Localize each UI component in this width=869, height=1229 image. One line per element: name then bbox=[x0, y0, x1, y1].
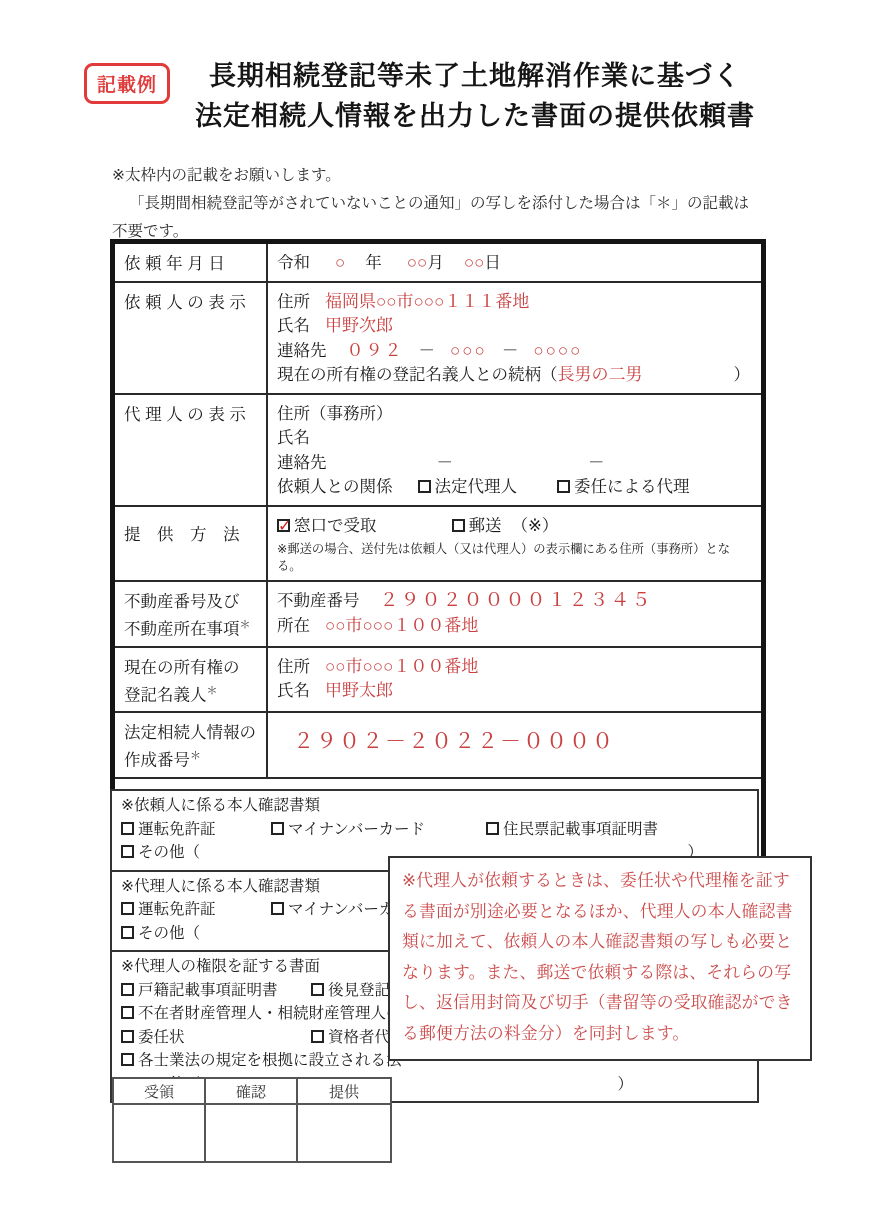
row-method: 提 供 方 法 窓口で受取郵送（※） ※郵送の場合、送付先は依頼人（又は代理人）… bbox=[115, 505, 761, 581]
year-unit: 年 bbox=[365, 254, 382, 272]
requester-other-label: その他（ bbox=[138, 844, 200, 861]
requester-license-label: 運転免許証 bbox=[138, 821, 216, 838]
requester-relation-label: 現在の所有権の登記名義人との続柄（ bbox=[277, 363, 558, 388]
professional-corp-label: 各士業法の規定を根拠に設立される法 bbox=[138, 1052, 402, 1069]
requester-mynumber-label: マイナンバーカード bbox=[288, 821, 425, 838]
mail-checkbox[interactable] bbox=[452, 519, 465, 532]
agent-request-callout: ※代理人が依頼するときは、委任状や代理権を証する書面が別途必要となるほか、代理人… bbox=[388, 856, 812, 1061]
page-title-line2: 法定相続人情報を出力した書面の提供依頼書 bbox=[165, 96, 785, 136]
agent-mynumber-checkbox[interactable] bbox=[271, 902, 284, 915]
agent-license-label: 運転免許証 bbox=[138, 901, 216, 918]
requester-tel-part3: ○○○○ bbox=[533, 341, 582, 360]
requester-name-label: 氏名 bbox=[277, 317, 310, 335]
property-label: 不動産番号及び 不動産所在事項＊ bbox=[115, 582, 268, 646]
agent-relation-label: 依頼人との関係 bbox=[277, 478, 393, 496]
professional-corp-checkbox[interactable] bbox=[121, 1053, 134, 1066]
requester-residence-label: 住民票記載事項証明書 bbox=[503, 821, 658, 838]
delegated-agent-checkbox[interactable] bbox=[557, 480, 570, 493]
owner-label-line2: 登記名義人 bbox=[124, 686, 207, 704]
pickup-label: 窓口で受取 bbox=[294, 517, 377, 535]
owner-addr-value: ○○市○○○１００番地 bbox=[325, 657, 478, 676]
mail-label: 郵送 bbox=[469, 517, 502, 535]
requester-tel-part1: ０９２ bbox=[347, 341, 404, 360]
power-of-attorney-label: 委任状 bbox=[138, 1029, 185, 1046]
agent-license-checkbox[interactable] bbox=[121, 902, 134, 915]
legal-agent-checkbox[interactable] bbox=[418, 480, 431, 493]
property-label-line1: 不動産番号及び bbox=[124, 591, 262, 614]
requester-addr-label: 住所 bbox=[277, 293, 310, 311]
heir-info-asterisk: ＊ bbox=[190, 750, 201, 762]
heir-info-label: 法定相続人情報の 作成番号＊ bbox=[115, 713, 268, 777]
requester-id-title: ※依頼人に係る本人確認書類 bbox=[121, 794, 748, 818]
property-number-label: 不動産番号 bbox=[277, 592, 360, 610]
method-label: 提 供 方 法 bbox=[115, 507, 268, 581]
requester-name-value: 甲野次郎 bbox=[325, 316, 393, 335]
month-unit: 月 bbox=[427, 254, 444, 272]
example-badge: 記載例 bbox=[84, 63, 170, 104]
agent-name-label: 氏名 bbox=[277, 426, 752, 451]
authority-other-close: ） bbox=[617, 1073, 748, 1097]
method-content: 窓口で受取郵送（※） ※郵送の場合、送付先は依頼人（又は代理人）の表示欄にある住… bbox=[268, 507, 761, 581]
property-content: 不動産番号２９０２００００１２３４５ 所在○○市○○○１００番地 bbox=[268, 582, 761, 646]
heir-info-content: ２９０２－２０２２－００００ bbox=[268, 713, 761, 777]
tel-dash1: － bbox=[419, 342, 436, 360]
month-value: ○○ bbox=[407, 253, 428, 272]
heir-info-label-line1: 法定相続人情報の bbox=[124, 722, 262, 745]
heir-info-label-line2: 作成番号 bbox=[124, 752, 190, 770]
absentee-manager-checkbox[interactable] bbox=[121, 1006, 134, 1019]
qualified-agent-checkbox[interactable] bbox=[311, 1030, 324, 1043]
requester-addr-value: 福岡県○○市○○○１１１番地 bbox=[325, 292, 529, 311]
request-date-label: 依 頼 年 月 日 bbox=[115, 244, 268, 281]
requester-relation-close: ） bbox=[734, 363, 753, 388]
row-requester: 依 頼 人 の 表 示 住所福岡県○○市○○○１１１番地 氏名甲野次郎 連絡先０… bbox=[115, 281, 761, 393]
owner-name-value: 甲野太郎 bbox=[325, 681, 393, 700]
row-property: 不動産番号及び 不動産所在事項＊ 不動産番号２９０２００００１２３４５ 所在○○… bbox=[115, 580, 761, 646]
main-form-table: 依 頼 年 月 日 令和○年○○月○○日 依 頼 人 の 表 示 住所福岡県○○… bbox=[110, 239, 766, 877]
owner-content: 住所○○市○○○１００番地 氏名甲野太郎 bbox=[268, 648, 761, 712]
property-location-value: ○○市○○○１００番地 bbox=[325, 616, 478, 635]
mail-note-mark: （※） bbox=[512, 517, 559, 535]
legal-agent-label: 法定代理人 bbox=[435, 478, 518, 496]
family-register-label: 戸籍記載事項証明書 bbox=[138, 982, 278, 999]
day-unit: 日 bbox=[484, 254, 501, 272]
stamp-cell-receipt bbox=[114, 1105, 206, 1161]
row-request-date: 依 頼 年 月 日 令和○年○○月○○日 bbox=[115, 244, 761, 281]
owner-name-label: 氏名 bbox=[277, 682, 310, 700]
guardianship-checkbox[interactable] bbox=[311, 983, 324, 996]
requester-mynumber-checkbox[interactable] bbox=[271, 822, 284, 835]
stamp-cell-provide bbox=[298, 1105, 390, 1161]
property-location-label: 所在 bbox=[277, 617, 310, 635]
heir-info-number-value: ２９０２－２０２２－００００ bbox=[277, 720, 752, 755]
day-value: ○○ bbox=[464, 253, 485, 272]
agent-other-label: その他（ bbox=[138, 925, 200, 942]
requester-tel-label: 連絡先 bbox=[277, 342, 327, 360]
agent-tel-dash1: － bbox=[437, 454, 454, 472]
tel-dash2: － bbox=[502, 342, 519, 360]
method-footnote: ※郵送の場合、送付先は依頼人（又は代理人）の表示欄にある住所（事務所）となる。 bbox=[277, 541, 752, 575]
page-title-line1: 長期相続登記等未了土地解消作業に基づく bbox=[165, 56, 785, 96]
property-number-value: ２９０２００００１２３４５ bbox=[380, 590, 653, 611]
owner-addr-label: 住所 bbox=[277, 658, 310, 676]
row-agent: 代 理 人 の 表 示 住所（事務所） 氏名 連絡先－－ 依頼人との関係法定代理… bbox=[115, 393, 761, 505]
stamp-header-receipt: 受領 bbox=[114, 1079, 206, 1105]
stamp-header-confirm: 確認 bbox=[206, 1079, 298, 1105]
requester-label: 依 頼 人 の 表 示 bbox=[115, 283, 268, 393]
row-owner: 現在の所有権の 登記名義人＊ 住所○○市○○○１００番地 氏名甲野太郎 bbox=[115, 646, 761, 712]
agent-tel-dash2: － bbox=[588, 454, 605, 472]
row-heir-info: 法定相続人情報の 作成番号＊ ２９０２－２０２２－００００ bbox=[115, 711, 761, 777]
requester-tel-part2: ○○○ bbox=[450, 341, 487, 360]
stamp-table: 受領 確認 提供 bbox=[112, 1077, 392, 1163]
requester-license-checkbox[interactable] bbox=[121, 822, 134, 835]
requester-content: 住所福岡県○○市○○○１１１番地 氏名甲野次郎 連絡先０９２－○○○－○○○○ … bbox=[268, 283, 761, 393]
agent-other-checkbox[interactable] bbox=[121, 926, 134, 939]
form-page: 記載例 長期相続登記等未了土地解消作業に基づく 法定相続人情報を出力した書面の提… bbox=[0, 0, 869, 1229]
agent-content: 住所（事務所） 氏名 連絡先－－ 依頼人との関係法定代理人委任による代理 bbox=[268, 395, 761, 505]
property-asterisk: ＊ bbox=[240, 619, 251, 631]
agent-tel-label: 連絡先 bbox=[277, 454, 327, 472]
pickup-checkbox-checked[interactable] bbox=[277, 519, 290, 532]
owner-label-line1: 現在の所有権の bbox=[124, 657, 262, 680]
year-value: ○ bbox=[335, 253, 345, 272]
power-of-attorney-checkbox[interactable] bbox=[121, 1030, 134, 1043]
family-register-checkbox[interactable] bbox=[121, 983, 134, 996]
requester-relation-value: 長男の二男 bbox=[558, 363, 643, 388]
agent-addr-label: 住所（事務所） bbox=[277, 402, 752, 427]
note-line2: 「長期間相続登記等がされていないことの通知」の写しを添付した場合は「＊」の記載は bbox=[129, 190, 749, 218]
property-label-line2: 不動産所在事項 bbox=[124, 621, 240, 639]
stamp-cell-confirm bbox=[206, 1105, 298, 1161]
owner-label: 現在の所有権の 登記名義人＊ bbox=[115, 648, 268, 712]
header-notes: ※太枠内の記載をお願いします。 「長期間相続登記等がされていないことの通知」の写… bbox=[112, 162, 749, 246]
stamp-header-provide: 提供 bbox=[298, 1079, 390, 1105]
note-line1: ※太枠内の記載をお願いします。 bbox=[112, 162, 749, 190]
requester-other-checkbox[interactable] bbox=[121, 845, 134, 858]
page-title: 長期相続登記等未了土地解消作業に基づく 法定相続人情報を出力した書面の提供依頼書 bbox=[165, 56, 785, 136]
era-label: 令和 bbox=[277, 254, 310, 272]
absentee-manager-label: 不在者財産管理人・相続財産管理人の bbox=[138, 1005, 402, 1022]
requester-residence-checkbox[interactable] bbox=[486, 822, 499, 835]
agent-label: 代 理 人 の 表 示 bbox=[115, 395, 268, 505]
owner-asterisk: ＊ bbox=[207, 685, 218, 697]
delegated-agent-label: 委任による代理 bbox=[574, 478, 690, 496]
request-date-value: 令和○年○○月○○日 bbox=[268, 244, 761, 281]
